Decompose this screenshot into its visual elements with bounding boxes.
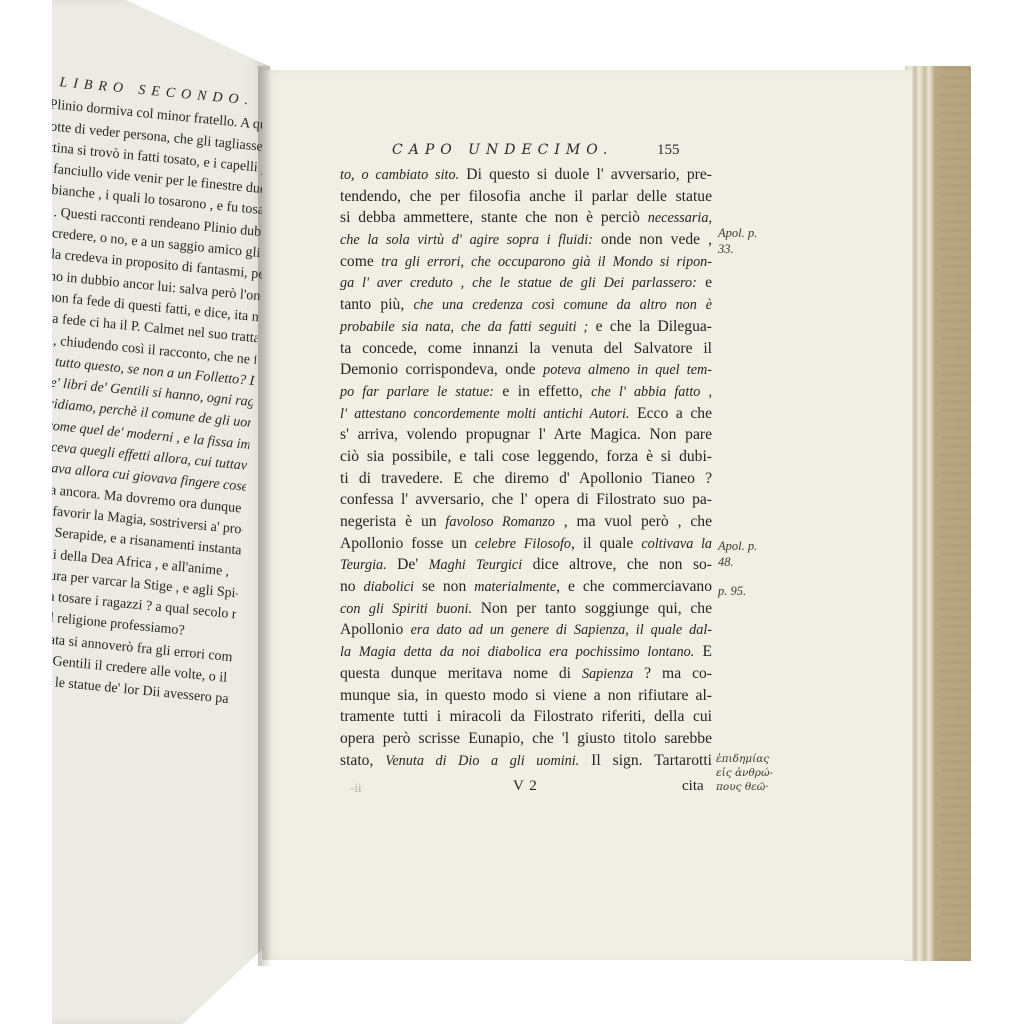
roman-run: munque sia, in questo modo si viene a no… bbox=[340, 687, 712, 704]
roman-run: Ecco a che bbox=[629, 405, 712, 422]
roman-run: come bbox=[340, 253, 381, 270]
text-line: tramente tutti i miracoli da Filostrato … bbox=[340, 706, 712, 728]
italic-run: Venuta di Dio a gli uomini. bbox=[385, 753, 579, 769]
margin-note: p. 95. bbox=[718, 583, 746, 599]
text-line: ta concede, come innanzi la venuta del S… bbox=[340, 338, 712, 360]
text-line: probabile sia nata, che da fatti seguiti… bbox=[340, 316, 712, 338]
roman-run: Apollonio fosse un bbox=[340, 535, 475, 552]
text-line: opera però scrisse Eunapio, che 'l giust… bbox=[340, 728, 712, 750]
text-line: tendendo, che per filosofia anche il par… bbox=[340, 186, 712, 208]
roman-run: s' arriva, volendo propugnar l' Arte Mag… bbox=[340, 426, 712, 443]
running-head: CAPO UNDECIMO. bbox=[392, 142, 613, 158]
italic-run: Maghi Teurgici bbox=[429, 557, 522, 573]
roman-run: e bbox=[697, 274, 712, 291]
text-line: con gli Spiriti buoni. Non per tanto sog… bbox=[340, 598, 712, 620]
text-line: tanto più, che una credenza così comune … bbox=[340, 294, 712, 316]
italic-run: po far parlare le statue: bbox=[340, 384, 494, 400]
roman-run: E bbox=[694, 643, 712, 660]
roman-run: ? ma co- bbox=[633, 665, 712, 682]
faint-mark: -ii bbox=[350, 780, 362, 796]
text-line: ga l' aver creduto , che le statue de gl… bbox=[340, 272, 712, 294]
text-line: Teurgia. De' Maghi Teurgici dice altrove… bbox=[340, 554, 712, 576]
italic-run: favoloso Romanzo bbox=[445, 514, 554, 530]
text-line: l' attestano concordemente molti antichi… bbox=[340, 403, 712, 425]
greek-margin-note: ἐπιδημίας εἰς ἀνθρώ- πους θεῶ· bbox=[716, 752, 773, 794]
body-text: to, o cambiato sito. Di questo si duole … bbox=[340, 164, 712, 771]
roman-run: De' bbox=[387, 556, 429, 573]
gutter-shadow bbox=[258, 66, 272, 966]
roman-run: Non per tanto soggiunge qui, che bbox=[472, 600, 712, 617]
text-line: la Magia detta da noi diabolica era poch… bbox=[340, 641, 712, 663]
roman-run: Di questo si duole l' avversario, pre- bbox=[459, 166, 712, 183]
text-line: confessa l' avversario, che l' opera di … bbox=[340, 489, 712, 511]
italic-run: celebre Filosofo bbox=[475, 536, 571, 552]
roman-run: confessa l' avversario, che l' opera di … bbox=[340, 491, 712, 508]
italic-run: con gli Spiriti buoni. bbox=[340, 601, 472, 617]
left-page-text-clip: 4 LIBRO SECONDO. di Plinio dormiva col m… bbox=[52, 0, 266, 1024]
italic-run: poteva almeno in quel tem- bbox=[543, 362, 712, 378]
italic-run: Teurgia. bbox=[340, 557, 387, 573]
roman-run: e in effetto, bbox=[494, 383, 591, 400]
roman-run: Apollonio bbox=[340, 621, 411, 638]
italic-run: ga l' aver creduto , che le statue de gl… bbox=[340, 275, 697, 291]
text-line: to, o cambiato sito. Di questo si duole … bbox=[340, 164, 712, 186]
text-line: munque sia, in questo modo si viene a no… bbox=[340, 685, 712, 707]
text-line: questa dunque meritava nome di Sapienza … bbox=[340, 663, 712, 685]
text-line: no diabolici se non materialmente, e che… bbox=[340, 576, 712, 598]
roman-run: questa dunque meritava nome di bbox=[340, 665, 582, 682]
italic-run: l' attestano concordemente molti antichi… bbox=[340, 406, 629, 422]
text-line: ti di travedere. E che diremo d' Apollon… bbox=[340, 468, 712, 490]
roman-run: , e che commerciavano bbox=[556, 578, 712, 595]
roman-run: Il sign. Tartarotti bbox=[579, 752, 712, 769]
text-line: come tra gli errori, che occuparono già … bbox=[340, 251, 712, 273]
roman-run: tramente tutti i miracoli da Filostrato … bbox=[340, 708, 712, 725]
roman-run: tendendo, che per filosofia anche il par… bbox=[340, 188, 712, 205]
italic-run: tra gli errori, che occuparono già il Mo… bbox=[381, 254, 712, 270]
text-line: Apollonio fosse un celebre Filosofo, il … bbox=[340, 533, 712, 555]
italic-run: coltivava la bbox=[641, 536, 712, 552]
text-line: Demonio corrispondeva, onde poteva almen… bbox=[340, 359, 712, 381]
roman-run: no bbox=[340, 578, 364, 595]
text-line: po far parlare le statue: e in effetto, … bbox=[340, 381, 712, 403]
italic-run: che una credenza così comune da altro no… bbox=[413, 297, 712, 313]
roman-run: Demonio corrispondeva, onde bbox=[340, 361, 543, 378]
roman-run: dice altrove, che non so- bbox=[522, 556, 712, 573]
roman-run: ta concede, come innanzi la venuta del S… bbox=[340, 340, 712, 357]
roman-run: si debba ammettere, stante che non è per… bbox=[340, 209, 648, 226]
margin-note: Apol. p. 33. bbox=[718, 225, 757, 257]
roman-run: negerista è un bbox=[340, 513, 445, 530]
catchword: cita bbox=[682, 778, 704, 795]
italic-run: era dato ad un genere di Sapienza, il qu… bbox=[411, 622, 712, 638]
italic-run: necessaria, bbox=[648, 210, 712, 226]
italic-run: diabolici bbox=[364, 579, 414, 595]
text-line: s' arriva, volendo propugnar l' Arte Mag… bbox=[340, 424, 712, 446]
text-line: stato, Venuta di Dio a gli uomini. Il si… bbox=[340, 750, 712, 772]
roman-run: tanto più, bbox=[340, 296, 413, 313]
margin-note: Apol. p. 48. bbox=[718, 538, 757, 570]
signature-mark: V 2 bbox=[513, 778, 538, 795]
roman-run: stato, bbox=[340, 752, 385, 769]
text-line: ciò sia possibile, e tali cose leggendo,… bbox=[340, 446, 712, 468]
text-line: si debba ammettere, stante che non è per… bbox=[340, 207, 712, 229]
text-line: negerista è un favoloso Romanzo , ma vuo… bbox=[340, 511, 712, 533]
roman-run: ti di travedere. E che diremo d' Apollon… bbox=[340, 470, 712, 487]
roman-run: , il quale bbox=[571, 535, 641, 552]
italic-run: Sapienza bbox=[582, 666, 633, 682]
roman-run: ciò sia possibile, e tali cose leggendo,… bbox=[340, 448, 712, 465]
text-line: che la sola virtù d' agire sopra i fluid… bbox=[340, 229, 712, 251]
italic-run: materialmente bbox=[474, 579, 556, 595]
book-cover-edge bbox=[905, 66, 971, 961]
italic-run: la Magia detta da noi diabolica era poch… bbox=[340, 644, 694, 660]
roman-run: onde non vede , bbox=[593, 231, 712, 248]
italic-run: probabile sia nata, che da fatti seguiti… bbox=[340, 319, 588, 335]
left-page-text: 4 LIBRO SECONDO. di Plinio dormiva col m… bbox=[52, 70, 266, 732]
italic-run: che la sola virtù d' agire sopra i fluid… bbox=[340, 232, 593, 248]
roman-run: opera però scrisse Eunapio, che 'l giust… bbox=[340, 730, 712, 747]
italic-run: to, o cambiato sito. bbox=[340, 167, 459, 183]
page-number: 155 bbox=[657, 142, 680, 159]
roman-run: se non bbox=[414, 578, 474, 595]
text-line: Apollonio era dato ad un genere di Sapie… bbox=[340, 619, 712, 641]
roman-run: , ma vuol però , che bbox=[555, 513, 712, 530]
roman-run: e che la Dilegua- bbox=[588, 318, 712, 335]
italic-run: che l' abbia fatto , bbox=[591, 384, 712, 400]
